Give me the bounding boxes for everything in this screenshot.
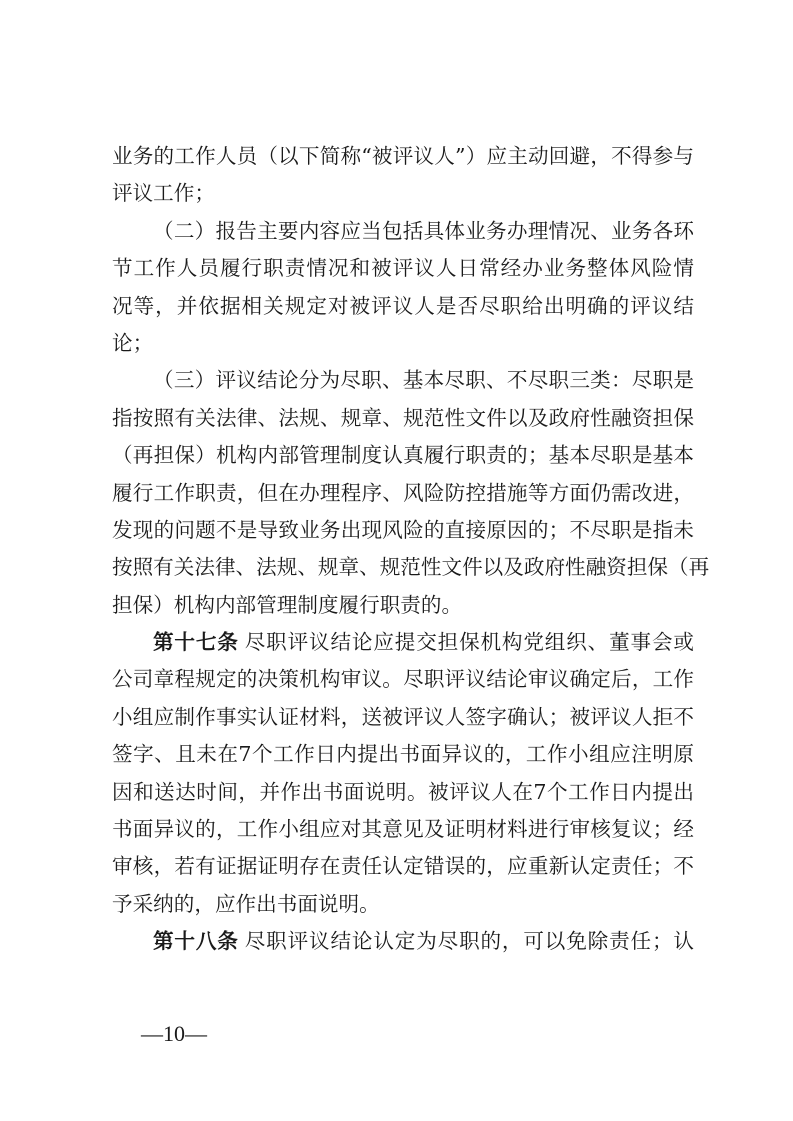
text-line: 业务的工作人员（以下简称“被评议人”）应主动回避，不得参与 xyxy=(112,138,694,175)
text-line: （再担保）机构内部管理制度认真履行职责的；基本尽职是基本 xyxy=(112,437,694,474)
text-line: 发现的问题不是导致业务出现风险的直接原因的；不尽职是指未 xyxy=(112,512,694,549)
text-line: 况等，并依据相关规定对被评议人是否尽职给出明确的评议结 xyxy=(112,288,694,325)
article-number: 第十七条 xyxy=(153,630,239,654)
text-line: 履行工作职责，但在办理程序、风险防控措施等方面仍需改进， xyxy=(112,475,694,512)
document-body: 业务的工作人员（以下简称“被评议人”）应主动回避，不得参与 评议工作； （二）报… xyxy=(112,138,694,961)
document-page: 业务的工作人员（以下简称“被评议人”）应主动回避，不得参与 评议工作； （二）报… xyxy=(0,0,793,1121)
text-line: （三）评议结论分为尽职、基本尽职、不尽职三类：尽职是 xyxy=(112,362,694,399)
article-number: 第十八条 xyxy=(153,929,239,953)
text-line: 指按照有关法律、法规、规章、规范性文件以及政府性融资担保 xyxy=(112,400,694,437)
text-line: 评议工作； xyxy=(112,175,694,212)
article-17-line: 第十七条尽职评议结论应提交担保机构党组织、董事会或 xyxy=(112,624,694,661)
text-line: 小组应制作事实认证材料，送被评议人签字确认；被评议人拒不 xyxy=(112,699,694,736)
text-line: 担保）机构内部管理制度履行职责的。 xyxy=(112,587,694,624)
text-line: （二）报告主要内容应当包括具体业务办理情况、业务各环 xyxy=(112,213,694,250)
text-line: 因和送达时间，并作出书面说明。被评议人在7个工作日内提出 xyxy=(112,774,694,811)
article-18-line: 第十八条尽职评议结论认定为尽职的，可以免除责任；认 xyxy=(112,923,694,960)
text-line: 签字、且未在7个工作日内提出书面异议的，工作小组应注明原 xyxy=(112,736,694,773)
text-line: 书面异议的，工作小组应对其意见及证明材料进行审核复议；经 xyxy=(112,811,694,848)
text-line: 公司章程规定的决策机构审议。尽职评议结论审议确定后，工作 xyxy=(112,661,694,698)
text-line: 论； xyxy=(112,325,694,362)
text-line: 按照有关法律、法规、规章、规范性文件以及政府性融资担保（再 xyxy=(112,549,694,586)
page-number: —10— xyxy=(141,1021,207,1047)
text-line: 审核，若有证据证明存在责任认定错误的，应重新认定责任；不 xyxy=(112,848,694,885)
text-line: 予采纳的，应作出书面说明。 xyxy=(112,886,694,923)
text-line: 节工作人员履行职责情况和被评议人日常经办业务整体风险情 xyxy=(112,250,694,287)
